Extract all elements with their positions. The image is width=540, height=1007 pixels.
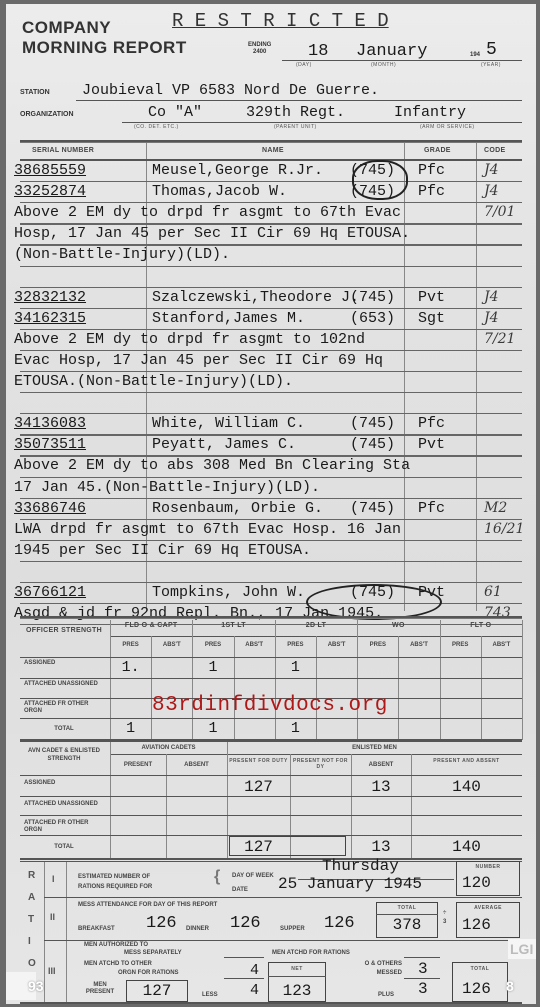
- ink-circle-date: [306, 584, 442, 620]
- soldier-name: Meusel,George R.Jr.: [152, 162, 323, 179]
- classification-stamp: R E S T R I C T E D: [172, 10, 389, 32]
- officer-group-header: FLT O: [440, 622, 522, 629]
- enlisted-col-header: PRESENT FOR DUTY: [227, 758, 290, 764]
- serial-number: 36766121: [14, 584, 86, 601]
- enlisted-col-header: ABSENT: [166, 762, 227, 769]
- org-company: Co "A": [148, 104, 202, 121]
- soldier-name: Tompkins, John W.: [152, 584, 305, 601]
- officer-count: 1: [275, 659, 316, 676]
- rations-required-label: ESTIMATED NUMBER OFRATIONS REQUIRED FOR: [78, 872, 152, 892]
- record-code: J4: [484, 183, 499, 199]
- mos-code: (745): [350, 289, 395, 306]
- serial-number: 33252874: [14, 183, 86, 200]
- rations-side-letter: T: [28, 914, 34, 925]
- form-title-line1: COMPANY: [22, 18, 111, 38]
- remark-line: Evac Hosp, 17 Jan 45 per Sec II Cir 69 H…: [14, 352, 383, 369]
- grade: Pfc: [418, 162, 445, 179]
- ration-day-of-week: Thursday: [322, 857, 399, 875]
- soldier-name: Stanford,James M.: [152, 310, 305, 327]
- rations-side-letter: I: [28, 936, 31, 947]
- mos-code: (745): [350, 500, 395, 517]
- grade: Pvt: [418, 436, 445, 453]
- soldier-name: Peyatt, James C.: [152, 436, 296, 453]
- remark-line: Hosp, 17 Jan 45 per Sec II Cir 69 Hq ETO…: [14, 225, 410, 242]
- remark-line: 17 Jan 45.(Non-Battle-Injury)(LD).: [14, 479, 320, 496]
- remark-line: Above 2 EM dy to drpd fr asgmt to 67th E…: [14, 204, 401, 221]
- officer-row-label: ATTACHED FR OTHER ORGN: [24, 701, 104, 715]
- rations-total: 126: [462, 980, 491, 998]
- col-serial-number: SERIAL NUMBER: [32, 147, 94, 154]
- officer-count: 1.: [110, 659, 151, 676]
- record-code: 7/01: [484, 204, 515, 220]
- soldier-name: Szalczewski,Theodore J.: [152, 289, 359, 306]
- officer-group-header: FLD O & CAPT: [110, 622, 192, 629]
- enlisted-col-header: PRESENT AND ABSENT: [411, 758, 522, 764]
- serial-number: 32832132: [14, 289, 86, 306]
- soldier-name: White, William C.: [152, 415, 305, 432]
- net-value: 123: [268, 982, 326, 1000]
- enlisted-count: 140: [411, 838, 522, 856]
- remark-line: (Non-Battle-Injury)(LD).: [14, 246, 230, 263]
- officer-group-header: 1ST LT: [192, 622, 274, 629]
- plus-value: 3: [418, 980, 428, 998]
- remark-line: ETOUSA.(Non-Battle-Injury)(LD).: [14, 373, 293, 390]
- report-month: January: [356, 42, 427, 61]
- col-code: CODE: [484, 147, 505, 154]
- enlisted-col-header: PRESENT: [110, 762, 166, 769]
- remark-line: 1945 per Sec II Cir 69 Hq ETOUSA.: [14, 542, 311, 559]
- enlisted-row-label: ASSIGNED: [24, 780, 104, 787]
- record-code: 16/21: [484, 521, 524, 537]
- mos-code: (653): [350, 310, 395, 327]
- enlisted-count: 127: [227, 778, 290, 796]
- men-present: 127: [126, 982, 188, 1000]
- serial-number: 38685559: [14, 162, 86, 179]
- report-year: 5: [486, 40, 497, 60]
- officers-others-messed: 3: [418, 960, 428, 978]
- organization-label: ORGANIZATION: [20, 111, 74, 118]
- enlisted-row-label: ATTACHED FR OTHER ORGN: [24, 820, 104, 834]
- remark-line: LWA drpd fr asgmt to 67th Evac Hosp. 16 …: [14, 521, 401, 538]
- officer-group-header: WO: [357, 622, 439, 629]
- men-atchd-other-orgn: 4: [250, 962, 259, 979]
- record-code: 61: [484, 584, 502, 600]
- officer-row-label: TOTAL: [24, 726, 104, 733]
- ink-circle-mos: [352, 160, 408, 200]
- officer-count: 1: [275, 720, 316, 737]
- grade: Pvt: [418, 289, 445, 306]
- rations-side-letter: O: [28, 958, 36, 969]
- form-title-line2: MORNING REPORT: [22, 38, 187, 58]
- serial-number: 34136083: [14, 415, 86, 432]
- mess-total: 378: [376, 916, 438, 934]
- remark-line: Above 2 EM dy to abs 308 Med Bn Clearing…: [14, 457, 410, 474]
- record-code: 7/21: [484, 331, 515, 347]
- right-mark: 8: [506, 978, 514, 994]
- station-label: STATION: [20, 89, 50, 96]
- enlisted-row-label: TOTAL: [24, 844, 104, 851]
- officer-count: 1: [110, 720, 151, 737]
- grade: Sgt: [418, 310, 445, 327]
- year-prefix: 194: [470, 52, 480, 58]
- org-parent-unit: 329th Regt.: [246, 104, 345, 121]
- org-arm: Infantry: [394, 104, 466, 121]
- enlisted-col-header: PRESENT NOT FOR DY: [290, 758, 351, 770]
- col-name: NAME: [262, 147, 284, 154]
- record-code: M2: [484, 500, 507, 516]
- ending-label: ENDING2400: [248, 42, 271, 56]
- officer-count: 1: [192, 659, 233, 676]
- officer-strength-title: OFFICER STRENGTH: [20, 626, 108, 635]
- grade: Pfc: [418, 415, 445, 432]
- col-grade: GRADE: [424, 147, 451, 154]
- grade: Pfc: [418, 500, 445, 517]
- soldier-name: Thomas,Jacob W.: [152, 183, 287, 200]
- officer-count: 1: [192, 720, 233, 737]
- mos-code: (745): [350, 436, 395, 453]
- grade: Pfc: [418, 183, 445, 200]
- morning-report-page: COMPANY MORNING REPORT R E S T R I C T E…: [6, 4, 536, 1004]
- enlisted-count: 13: [351, 838, 411, 856]
- station-value: Joubieval VP 6583 Nord De Guerre.: [82, 82, 379, 99]
- watermark: 83rdinfdivdocs.org: [152, 694, 388, 717]
- enlisted-strength-title: AVN CADET & ENLISTED STRENGTH: [20, 747, 108, 763]
- left-mark: 93: [28, 978, 44, 994]
- soldier-name: Rosenbaum, Orbie G.: [152, 500, 323, 517]
- officer-row-label: ASSIGNED: [24, 660, 104, 667]
- corner-label: LGI: [510, 941, 533, 957]
- mess-average: 126: [462, 916, 491, 934]
- rations-side-letter: A: [28, 892, 35, 903]
- serial-number: 35073511: [14, 436, 86, 453]
- officer-row-label: ATTACHED UNASSIGNED: [24, 681, 104, 688]
- enlisted-count: 13: [351, 778, 411, 796]
- ration-date: 25 January 1945: [278, 875, 422, 893]
- total-box: [229, 836, 346, 856]
- mos-code: (745): [350, 415, 395, 432]
- remark-line: Above 2 EM dy to drpd fr asgmt to 102nd: [14, 331, 365, 348]
- officer-group-header: 2D LT: [275, 622, 357, 629]
- supper-count: 126: [324, 914, 355, 933]
- enlisted-row-label: ATTACHED UNASSIGNED: [24, 801, 104, 808]
- dinner-count: 126: [230, 914, 261, 933]
- enlisted-count: 140: [411, 778, 522, 796]
- breakfast-count: 126: [146, 914, 177, 933]
- record-code: J4: [484, 289, 499, 305]
- record-code: J4: [484, 162, 499, 178]
- less-value: 4: [250, 982, 259, 999]
- enlisted-col-header: ABSENT: [351, 762, 411, 769]
- rations-side-letter: R: [28, 870, 35, 881]
- report-day: 18: [308, 42, 328, 61]
- serial-number: 34162315: [14, 310, 86, 327]
- rations-number: 120: [462, 874, 491, 892]
- serial-number: 33686746: [14, 500, 86, 517]
- record-code: J4: [484, 310, 499, 326]
